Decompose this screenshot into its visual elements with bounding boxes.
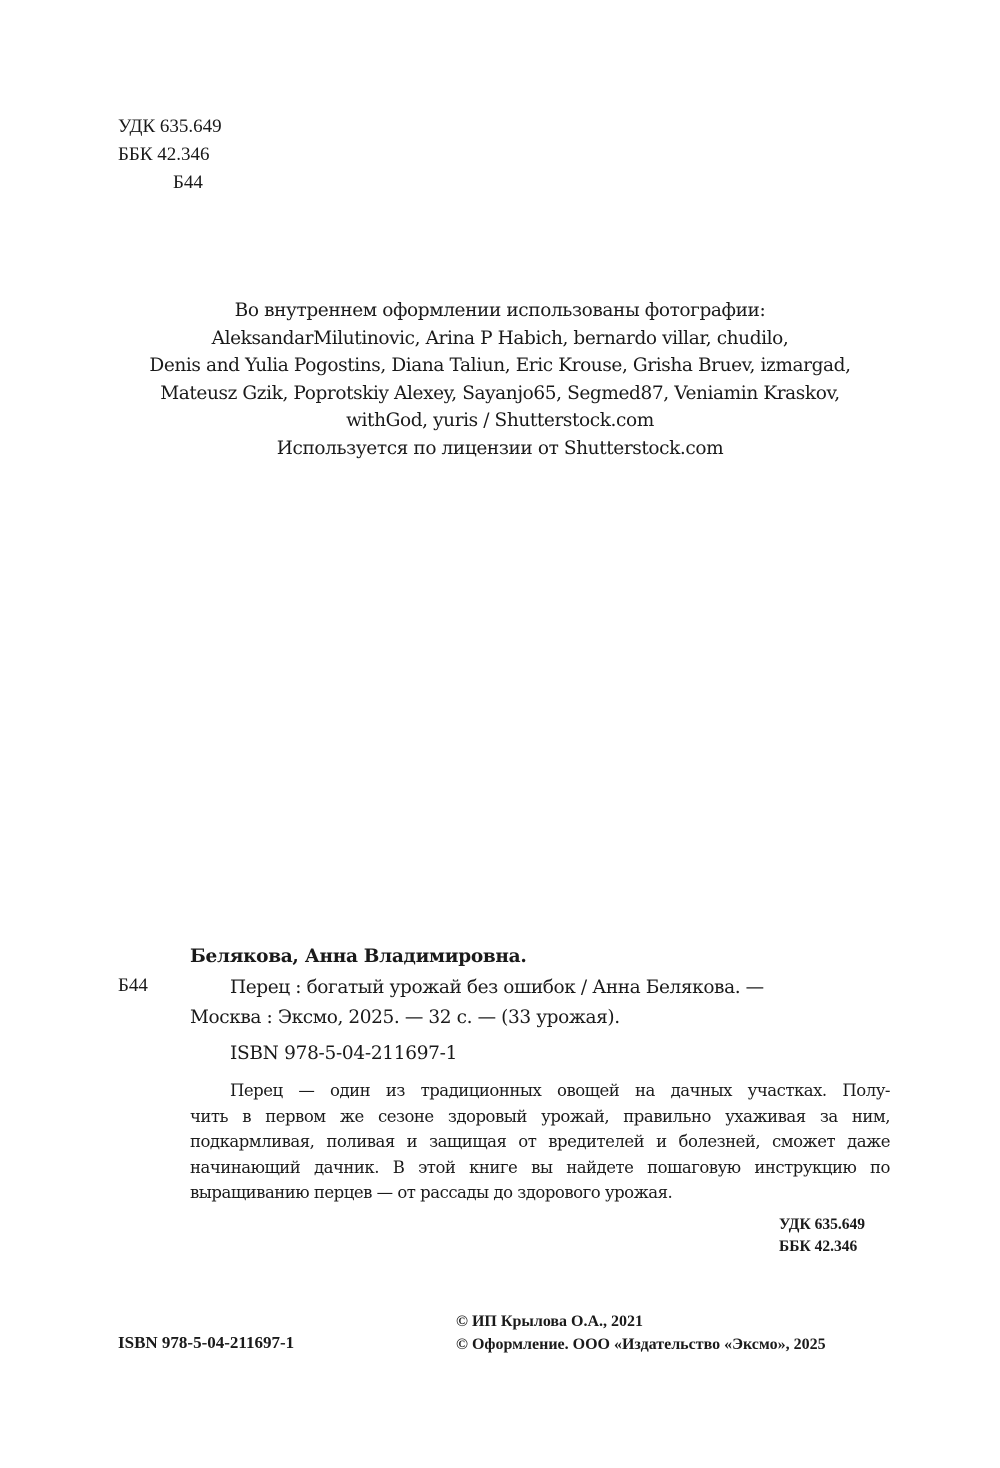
isbn-footer: ISBN 978-5-04-211697-1 <box>118 1333 294 1353</box>
photo-credits-line: AleksandarMilutinovic, Arina P Habich, b… <box>100 325 900 353</box>
copyright-block: © ИП Крылова О.А., 2021 © Оформление. ОО… <box>456 1310 826 1356</box>
isbn-record: ISBN 978-5-04-211697-1 <box>230 1043 457 1064</box>
annotation-line: начинающий дачник. В этой книге вы найде… <box>190 1155 890 1181</box>
classification-block: УДК 635.649 ББК 42.346 Б44 <box>118 113 222 197</box>
annotation-line: подкармливая, поливая и защищая от вреди… <box>190 1129 890 1155</box>
photo-credits: Во внутреннем оформлении использованы фо… <box>100 297 900 462</box>
photo-credits-line: Denis and Yulia Pogostins, Diana Taliun,… <box>100 352 900 380</box>
photo-credits-line: Mateusz Gzik, Poprotskiy Alexey, Sayanjo… <box>100 380 900 408</box>
annotation: Перец — один из традиционных овощей на д… <box>190 1078 890 1206</box>
udk-code-bottom: УДК 635.649 <box>779 1214 865 1236</box>
annotation-line: Перец — один из традиционных овощей на д… <box>190 1078 890 1104</box>
bbk-code: ББК 42.346 <box>118 141 222 169</box>
author-mark-side: Б44 <box>118 975 148 997</box>
annotation-line: чить в первом же сезоне здоровый урожай,… <box>190 1104 890 1130</box>
annotation-line: выращиванию перцев — от рассады до здоро… <box>190 1180 890 1206</box>
photo-credits-line: Во внутреннем оформлении использованы фо… <box>100 297 900 325</box>
photo-credits-line: withGod, yuris / Shutterstock.com <box>100 407 900 435</box>
photo-credits-line: Используется по лицензии от Shutterstock… <box>100 435 900 463</box>
author-heading: Белякова, Анна Владимировна. <box>190 946 527 967</box>
classification-bottom: УДК 635.649 ББК 42.346 <box>779 1214 865 1258</box>
author-mark: Б44 <box>118 169 222 197</box>
description-line: Перец : богатый урожай без ошибок / Анна… <box>190 973 890 1003</box>
copyright-line: © Оформление. ООО «Издательство «Эксмо»,… <box>456 1333 826 1356</box>
description-line: Москва : Эксмо, 2025. — 32 с. — (33 урож… <box>190 1003 890 1033</box>
udk-code: УДК 635.649 <box>118 113 222 141</box>
bibliographic-description: Перец : богатый урожай без ошибок / Анна… <box>190 973 890 1033</box>
copyright-line: © ИП Крылова О.А., 2021 <box>456 1310 826 1333</box>
bbk-code-bottom: ББК 42.346 <box>779 1236 865 1258</box>
